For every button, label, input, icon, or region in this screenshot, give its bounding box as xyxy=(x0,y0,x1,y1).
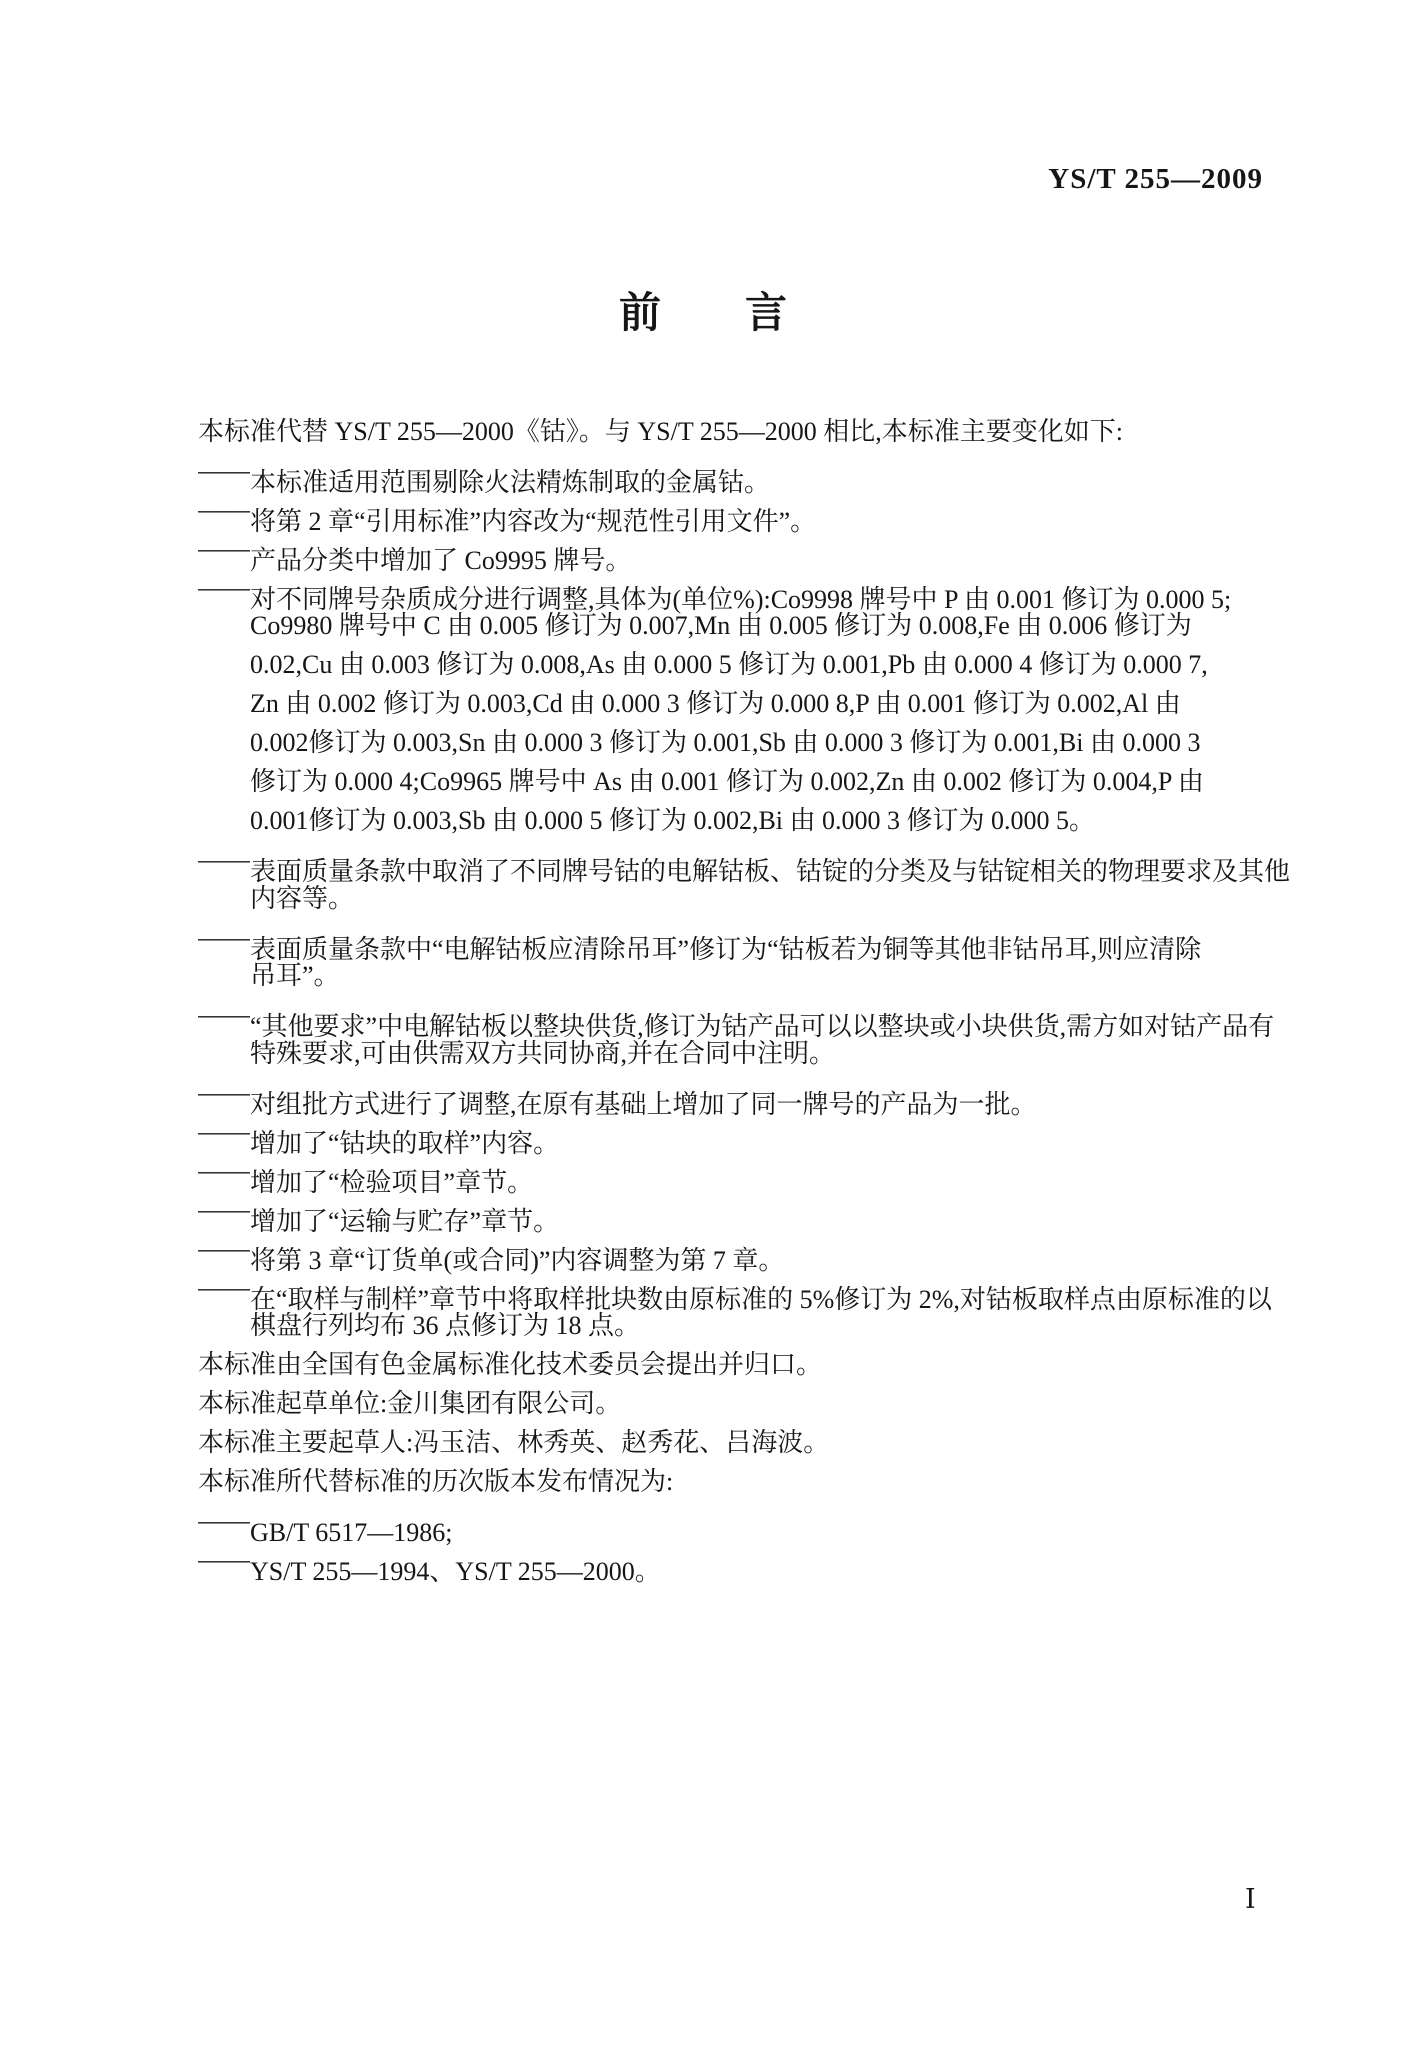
list-dash: —— xyxy=(198,491,250,530)
text-line: ——表面质量条款中“电解钴板应清除吊耳”修订为“钴板若为铜等其他非钴吊耳,则应清… xyxy=(198,919,1290,958)
list-dash: —— xyxy=(198,1113,250,1152)
line-text: 表面质量条款中“电解钴板应清除吊耳”修订为“钴板若为铜等其他非钴吊耳,则应清除 xyxy=(250,934,1201,963)
list-dash: —— xyxy=(198,530,250,569)
text-line: ——本标准适用范围剔除火法精炼制取的金属钴。 xyxy=(198,452,1290,491)
doc-code: YS/T 255—2009 xyxy=(1048,163,1263,196)
line-text: 表面质量条款中取消了不同牌号钴的电解钴板、钴锭的分类及与钴锭相关的物理要求及其他 xyxy=(250,857,1290,886)
list-dash: —— xyxy=(198,1152,250,1191)
page-number: I xyxy=(1245,1884,1256,1915)
text-line: ——对不同牌号杂质成分进行调整,具体为(单位%):Co9998 牌号中 P 由 … xyxy=(198,569,1290,608)
text-line: 本标准代替 YS/T 255—2000《钴》。与 YS/T 255—2000 相… xyxy=(198,413,1290,452)
list-dash: —— xyxy=(198,569,250,608)
text-line: 本标准所代替标准的历次版本发布情况为: xyxy=(198,1463,1290,1502)
text-line: ——“其他要求”中电解钴板以整块供货,修订为钴产品可以以整块或小块供货,需方如对… xyxy=(198,996,1290,1035)
text-line: 0.02,Cu 由 0.003 修订为 0.008,As 由 0.000 5 修… xyxy=(198,646,1290,685)
text-line: 本标准主要起草人:冯玉洁、林秀英、赵秀花、吕海波。 xyxy=(198,1424,1290,1463)
list-dash: —— xyxy=(198,1230,250,1269)
text-line: ——将第 3 章“订货单(或合同)”内容调整为第 7 章。 xyxy=(198,1230,1290,1269)
list-dash: —— xyxy=(198,452,250,491)
text-line: 本标准起草单位:金川集团有限公司。 xyxy=(198,1385,1290,1424)
text-line: ——在“取样与制样”章节中将取样批块数由原标准的 5%修订为 2%,对钴板取样点… xyxy=(198,1269,1290,1308)
text-line: Co9980 牌号中 C 由 0.005 修订为 0.007,Mn 由 0.00… xyxy=(198,607,1290,646)
text-line: 0.002修订为 0.003,Sn 由 0.000 3 修订为 0.001,Sb… xyxy=(198,724,1290,763)
text-line: 本标准由全国有色金属标准化技术委员会提出并归口。 xyxy=(198,1346,1290,1385)
list-dash: —— xyxy=(198,1502,250,1541)
list-dash: —— xyxy=(198,1074,250,1113)
text-line: ——GB/T 6517—1986; xyxy=(198,1502,1290,1541)
list-dash: —— xyxy=(198,1269,250,1308)
list-dash: —— xyxy=(198,919,250,958)
text-line: Zn 由 0.002 修订为 0.003,Cd 由 0.000 3 修订为 0.… xyxy=(198,685,1290,724)
list-dash: —— xyxy=(198,996,250,1035)
text-line: ——增加了“检验项目”章节。 xyxy=(198,1152,1290,1191)
text-line: ——YS/T 255—1994、YS/T 255—2000。 xyxy=(198,1541,1290,1580)
text-line: ——增加了“运输与贮存”章节。 xyxy=(198,1191,1290,1230)
list-dash: —— xyxy=(198,1191,250,1230)
text-line: ——将第 2 章“引用标准”内容改为“规范性引用文件”。 xyxy=(198,491,1290,530)
text-line: 修订为 0.000 4;Co9965 牌号中 As 由 0.001 修订为 0.… xyxy=(198,763,1290,802)
document-page: YS/T 255—2009 前 言 本标准代替 YS/T 255—2000《钴》… xyxy=(0,0,1406,2048)
text-line: 0.001修订为 0.003,Sb 由 0.000 5 修订为 0.002,Bi… xyxy=(198,802,1290,841)
list-dash: —— xyxy=(198,1541,250,1580)
text-line: ——表面质量条款中取消了不同牌号钴的电解钴板、钴锭的分类及与钴锭相关的物理要求及… xyxy=(198,841,1290,880)
list-dash: —— xyxy=(198,841,250,880)
text-line: ——对组批方式进行了调整,在原有基础上增加了同一牌号的产品为一批。 xyxy=(198,1074,1290,1113)
page-title: 前 言 xyxy=(0,288,1406,340)
foreword-body: 本标准代替 YS/T 255—2000《钴》。与 YS/T 255—2000 相… xyxy=(198,413,1290,1580)
line-text: YS/T 255—1994、YS/T 255—2000。 xyxy=(250,1557,661,1586)
